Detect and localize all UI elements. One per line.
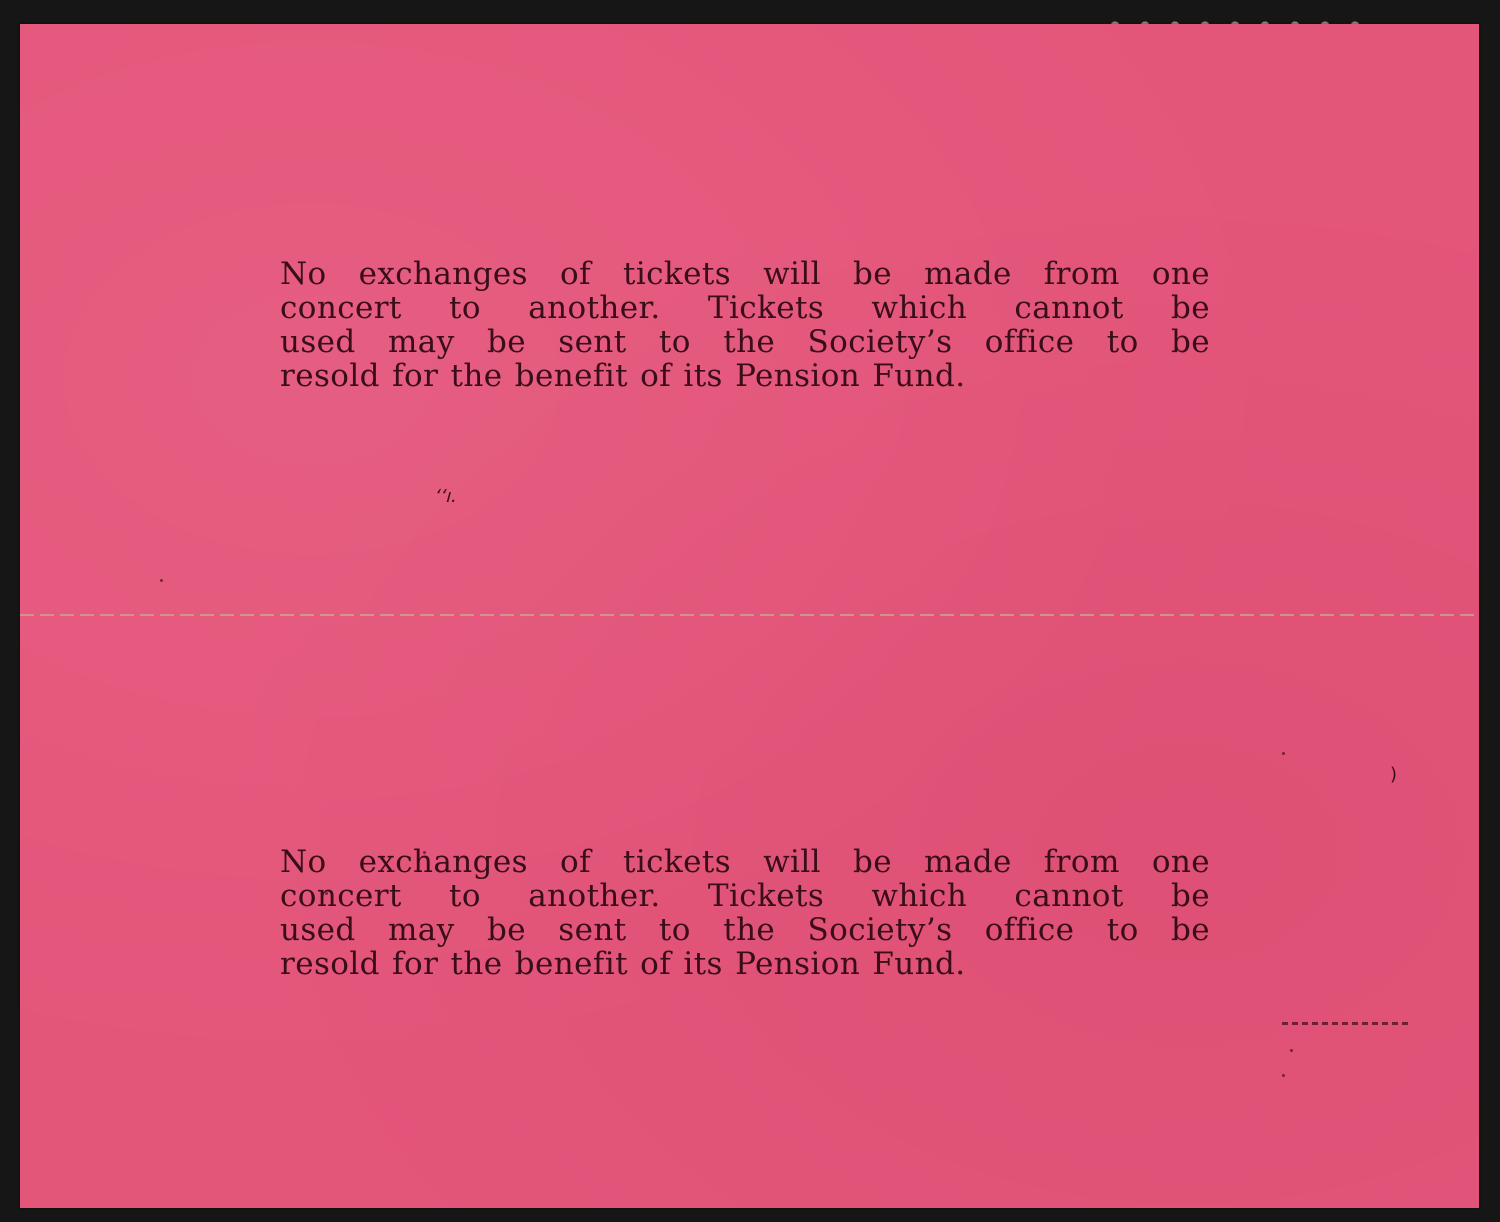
- ticket: No exchanges of tickets will be made fro…: [20, 24, 1479, 1208]
- speck: [1290, 1049, 1293, 1052]
- notice-line: resold for the benefit of its Pension Fu…: [280, 947, 1210, 981]
- notice-line: No exchanges of tickets will be made fro…: [280, 845, 1210, 879]
- speck: [160, 579, 163, 582]
- speck: [325, 892, 328, 895]
- speck: [1282, 1074, 1285, 1077]
- ink-mark: ‘‘ı.: [432, 486, 460, 507]
- notice-line: used may be sent to the Society’s office…: [280, 325, 1210, 359]
- ink-mark: ): [1390, 764, 1397, 785]
- speck: [423, 851, 426, 854]
- smudge-mark: [1282, 1022, 1412, 1025]
- speck: [1282, 752, 1285, 755]
- notice-line: used may be sent to the Society’s office…: [280, 913, 1210, 947]
- notice-bottom: No exchanges of tickets will be made fro…: [280, 845, 1210, 981]
- notice-line: concert to another. Tickets which cannot…: [280, 291, 1210, 325]
- notice-top: No exchanges of tickets will be made fro…: [280, 257, 1210, 393]
- scan-background: No exchanges of tickets will be made fro…: [0, 0, 1500, 1222]
- notice-line: resold for the benefit of its Pension Fu…: [280, 359, 1210, 393]
- notice-line: No exchanges of tickets will be made fro…: [280, 257, 1210, 291]
- perforation-line: [20, 614, 1479, 616]
- notice-line: concert to another. Tickets which cannot…: [280, 879, 1210, 913]
